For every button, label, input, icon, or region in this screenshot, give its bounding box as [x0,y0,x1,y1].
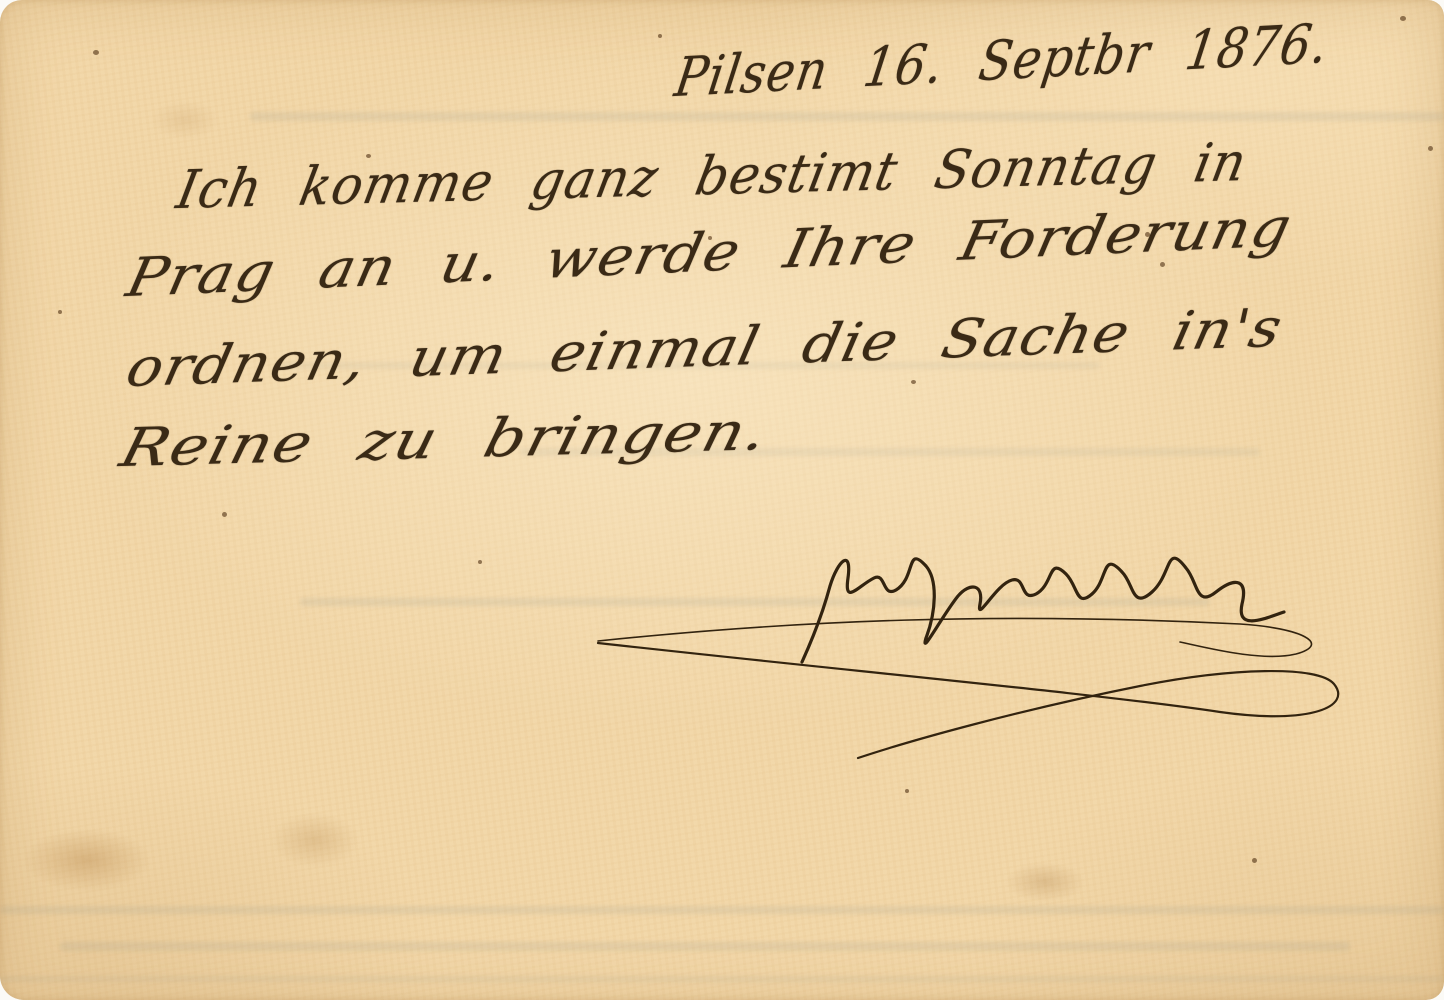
show-through-line [0,906,1444,914]
signature-flourish [540,520,1400,800]
ink-speck [1400,16,1406,21]
body-text: ordnen, um einmal die Sache in's [121,297,1288,399]
dateline-text: Pilsen 16. Septbr 1876. [671,12,1333,110]
ink-speck [93,50,99,55]
ink-speck [222,512,227,517]
show-through-line [60,942,1350,951]
body-text: Reine zu bringen. [114,401,774,479]
dateline: Pilsen 16. Septbr 1876. [674,12,1330,109]
ink-speck [1428,146,1433,151]
stain [1005,862,1085,902]
ink-speck [911,380,916,384]
stain [22,828,152,892]
ink-speck [1252,858,1257,863]
handwritten-line: ordnen, um einmal die Sache in's [127,298,1283,399]
show-through-line [0,976,1444,982]
ink-speck [658,34,662,38]
ink-speck [58,310,62,314]
stain [150,100,220,140]
postcard-paper: Pilsen 16. Septbr 1876. Ich komme ganz b… [0,0,1444,1000]
stain [270,812,360,868]
handwritten-line: Reine zu bringen. [121,401,768,479]
show-through-line [250,112,1444,121]
ink-speck [478,560,482,564]
